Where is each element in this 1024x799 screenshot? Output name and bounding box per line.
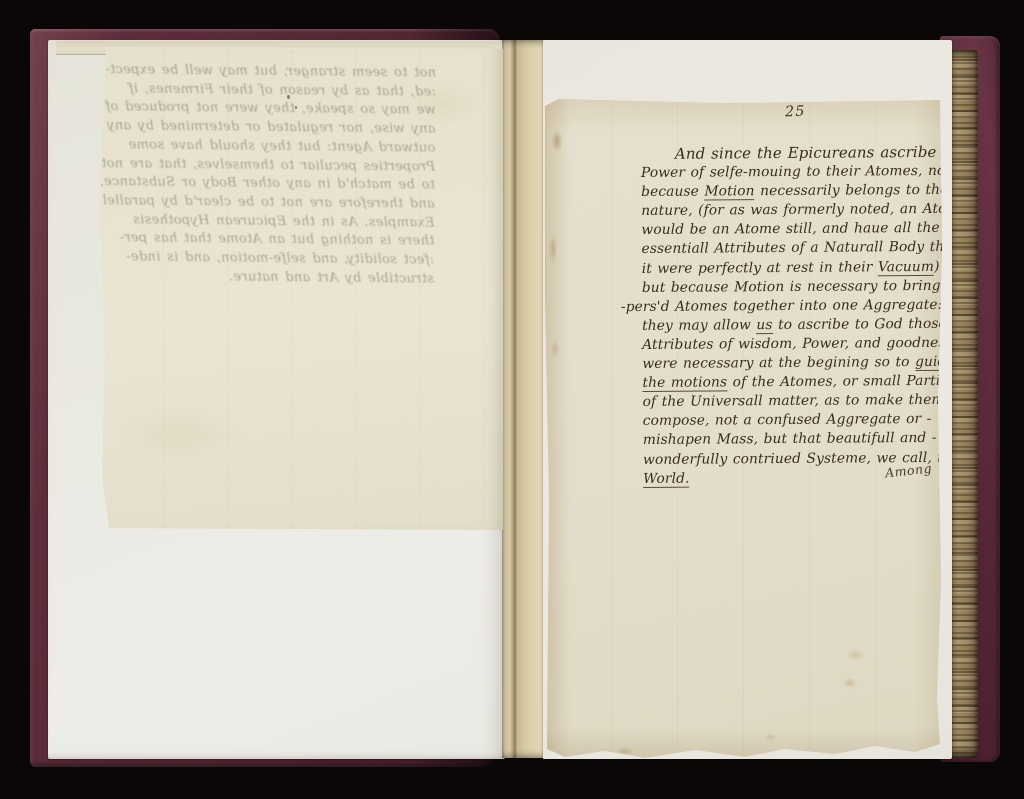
right-manuscript-leaf: 25 And since the Epicureans ascribe a -P… xyxy=(545,99,942,758)
showthrough-text: not to seem stranger, but may well be ex… xyxy=(102,61,460,289)
manuscript-line: Power of selfe-mouing to their Atomes, n… xyxy=(617,162,939,183)
manuscript-line: nature, (for as was formerly noted, an A… xyxy=(617,200,939,221)
ink-speck xyxy=(287,95,290,99)
page-number: 25 xyxy=(785,104,806,121)
manuscript-line: would be an Atome still, and haue all th… xyxy=(617,219,939,240)
manuscript-line: because Motion necessarily belongs to th… xyxy=(617,181,939,202)
manuscript-line: they may allow us to ascribe to God thos… xyxy=(618,315,940,336)
manuscript-line: Attributes of wisdom, Power, and goodnes… xyxy=(618,334,940,355)
manuscript-line: it were perfectly at rest in their Vacuu… xyxy=(618,257,940,278)
manuscript-line: of the Universall matter, as to make the… xyxy=(619,391,941,412)
photograph-open-manuscript-book: pb not to seem stranger, but may well be… xyxy=(0,0,1024,799)
manuscript-line: :fect solidity, and selfe-motion, and is… xyxy=(102,248,458,270)
manuscript-line: structible by Art and nature. xyxy=(102,267,458,289)
book-fore-edge-pages xyxy=(948,50,978,758)
manuscript-line: mishapen Mass, but that beautifull and - xyxy=(619,429,941,450)
manuscript-line: compose, not a confused Aggregate or - xyxy=(619,410,941,431)
manuscript-line: And since the Epicureans ascribe a - xyxy=(617,143,939,164)
manuscript-text: And since the Epicureans ascribe a -Powe… xyxy=(617,143,941,489)
manuscript-line: the motions of the Atomes, or small Part… xyxy=(618,372,940,393)
binding-gutter xyxy=(502,40,545,758)
manuscript-line: -pers'd Atomes together into one Aggrega… xyxy=(618,296,940,317)
manuscript-line: but because Motion is necessary to bring… xyxy=(618,277,940,298)
left-manuscript-leaf: not to seem stranger, but may well be ex… xyxy=(99,47,503,530)
ink-speck xyxy=(295,106,297,109)
manuscript-line: essentiall Attributes of a Naturall Body… xyxy=(617,238,939,259)
manuscript-line: were necessary at the begining so to gui… xyxy=(618,353,940,374)
